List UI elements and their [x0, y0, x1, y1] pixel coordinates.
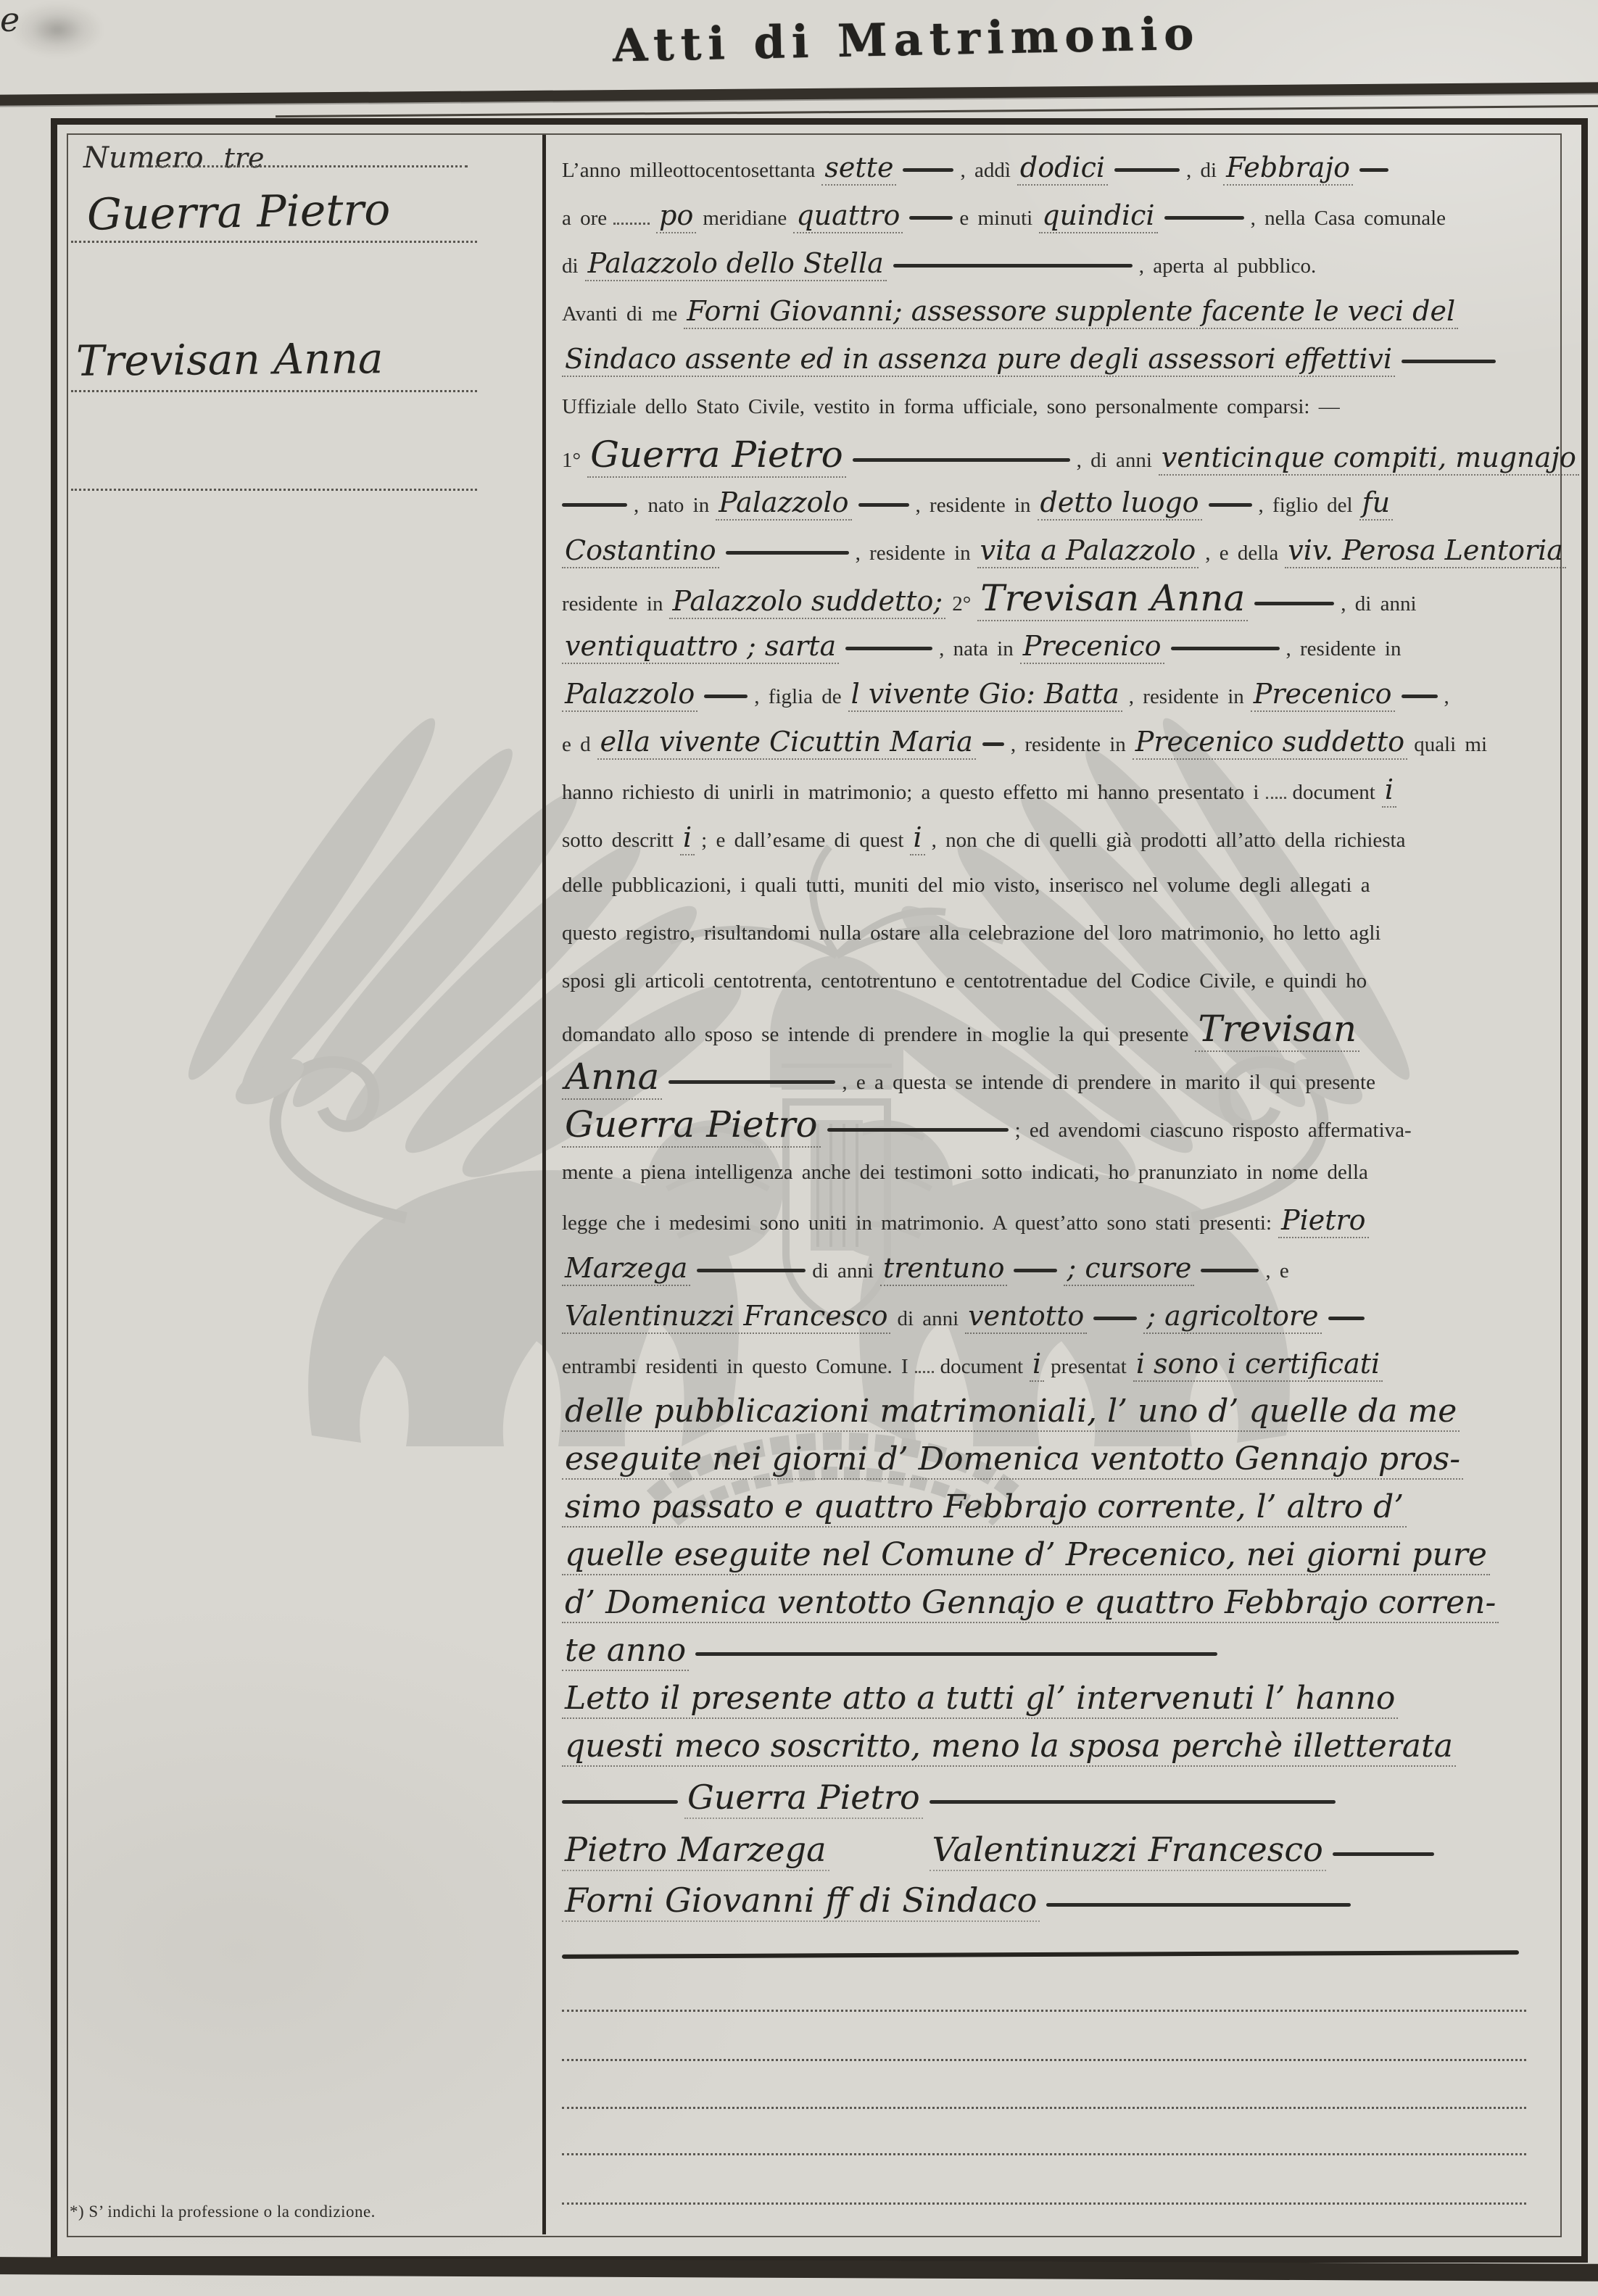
form-line-3: diPalazzolo dello Stella, aperta al pubb… [562, 244, 1322, 289]
ink-dash [1209, 503, 1252, 507]
ink-dash [1014, 1269, 1057, 1272]
handwritten-text: po [656, 199, 696, 233]
footnote: *) S’ indichi la professione o la condiz… [70, 2202, 376, 2221]
margin-dotted-line [71, 390, 477, 392]
form-line-31: d’ Domenica ventotto Gennajo e quattro F… [562, 1583, 1505, 1630]
handwritten-text: Pietro [1278, 1204, 1369, 1238]
ink-dash [704, 695, 748, 698]
form-line-30: quelle eseguite nel Comune d’ Precenico,… [562, 1535, 1496, 1582]
handwritten-text: dodici [1017, 152, 1108, 186]
ruled-dotted-line [562, 1981, 1526, 2012]
printed-text: document [1293, 781, 1375, 804]
form-line-11: ventiquattro ; sarta, nata inPrecenico, … [562, 626, 1407, 672]
printed-text: delle pubblicazioni, i quali tutti, muni… [562, 874, 1370, 897]
dotted-blank [613, 211, 650, 225]
printed-text: , non che di quelli già prodotti all’att… [932, 829, 1406, 852]
ink-dash [726, 551, 849, 555]
handwritten-text: Letto il presente atto a tutti gl’ inter… [562, 1680, 1398, 1719]
handwritten-text: Guerra Pietro [587, 434, 846, 478]
printed-text: , figlia de [754, 685, 841, 708]
form-line-6: Uffiziale dello Stato Civile, vestito in… [562, 387, 1346, 430]
ink-dash [909, 216, 953, 220]
printed-text: , residente in [1011, 733, 1126, 756]
form-line-22: mente a piena intelligenza anche dei tes… [562, 1153, 1375, 1195]
printed-text: quali mi [1414, 733, 1487, 756]
ink-stroke [562, 1950, 1519, 1959]
ink-dash [930, 1800, 1336, 1804]
numero-line: Numerotre [83, 141, 265, 175]
printed-text: legge che i medesimi sono uniti in matri… [562, 1211, 1272, 1235]
handwritten-text: Valentinuzzi Francesco [930, 1830, 1326, 1871]
form-line-8: , nato inPalazzolo, residente indetto lu… [562, 483, 1399, 529]
printed-text: , addì [960, 159, 1010, 182]
form-line-23: legge che i medesimi sono uniti in matri… [562, 1201, 1375, 1246]
form-line-29: simo passato e quattro Febbrajo corrente… [562, 1488, 1413, 1534]
groom-name: Guerra Pietro [86, 184, 390, 240]
printed-text: e d [562, 733, 591, 756]
form-line-26: entrambi residenti in questo Comune. Ido… [562, 1344, 1389, 1390]
handwritten-text: d’ Domenica ventotto Gennajo e quattro F… [562, 1584, 1499, 1623]
ink-dash [697, 1269, 806, 1272]
handwritten-text: delle pubblicazioni matrimoniali, l’ uno… [562, 1393, 1460, 1432]
form-line-12: Palazzolo, figlia del vivente Gio: Batta… [562, 674, 1456, 720]
printed-text: sotto descritt [562, 829, 674, 852]
printed-text: , aperta al pubblico. [1139, 254, 1317, 278]
handwritten-text: ; cursore [1064, 1252, 1194, 1286]
ink-dash [1171, 647, 1280, 650]
handwritten-text: i [910, 821, 924, 855]
column-divider [542, 135, 546, 2234]
printed-text: presentat [1051, 1355, 1127, 1378]
printed-text: domandato allo sposo se intende di prend… [562, 1023, 1188, 1046]
handwritten-text: Guerra Pietro [684, 1778, 923, 1819]
ink-dash [827, 1128, 1009, 1132]
form-line-9: Costantino, residente invita a Palazzolo… [562, 531, 1573, 576]
spacer [836, 1860, 923, 1861]
printed-text: di [562, 254, 579, 278]
form-line-17: questo registro, risultandomi nulla osta… [562, 913, 1387, 956]
printed-text: Avanti di me [562, 302, 677, 326]
handwritten-text: Precenico [1020, 630, 1164, 664]
printed-text: , di [1186, 159, 1217, 182]
printed-text: , nata in [939, 637, 1014, 660]
handwritten-text: i sono i certificati [1133, 1348, 1383, 1382]
ink-dash [1359, 168, 1388, 172]
handwritten-text: quelle eseguite nel Comune d’ Precenico,… [562, 1536, 1490, 1575]
handwritten-text: Palazzolo dello Stella [585, 247, 887, 281]
ink-dash [858, 503, 909, 507]
printed-text: L’anno milleottocentosettanta [562, 159, 815, 182]
handwritten-text: detto luogo [1038, 486, 1202, 521]
handwritten-text: Trevisan [1195, 1008, 1359, 1052]
handwritten-text: quindici [1039, 199, 1157, 233]
form-line-20: Anna, e a questa se intende di prendere … [562, 1057, 1382, 1106]
printed-text: , residente in [1129, 685, 1244, 708]
ink-dash [982, 742, 1004, 746]
form-line-15: sotto descritti; e dall’esame di questi,… [562, 818, 1412, 863]
ink-dash [1333, 1852, 1434, 1856]
handwritten-text: te anno [562, 1632, 689, 1671]
handwritten-text: Forni Giovanni; assessore supplente face… [684, 295, 1458, 329]
handwritten-text: Costantino [562, 534, 719, 568]
handwritten-text: ; agricoltore [1143, 1300, 1321, 1334]
corner-stamp-smudge [10, 1, 104, 58]
printed-text: a ore [562, 207, 607, 230]
form-line-19: domandato allo sposo se intende di prend… [562, 1009, 1366, 1058]
dotted-blank [915, 1359, 934, 1373]
handwritten-text: Precenico [1251, 678, 1395, 712]
handwritten-text: trentuno [880, 1252, 1008, 1286]
form-line-25: Valentinuzzi Francescodi anniventotto; a… [562, 1296, 1371, 1342]
handwritten-text: Precenico suddetto [1133, 726, 1407, 760]
handwritten-text: Forni Giovanni ff di Sindaco [562, 1881, 1040, 1922]
ink-dash [1093, 1317, 1137, 1320]
form-line-42 [562, 2124, 1533, 2172]
form-line-24: Marzegadi annitrentuno; cursore, e [562, 1248, 1296, 1294]
printed-text: entrambi residenti in questo Comune. I [562, 1355, 908, 1378]
printed-text: , [1444, 685, 1449, 708]
printed-text: document [940, 1355, 1023, 1378]
form-line-4: Avanti di meForni Giovanni; assessore su… [562, 291, 1465, 337]
margin-dotted-line [141, 165, 468, 167]
ink-dash [845, 647, 932, 650]
form-line-37: Forni Giovanni ff di Sindaco [562, 1881, 1357, 1928]
handwritten-text: simo passato e quattro Febbrajo corrente… [562, 1488, 1407, 1528]
printed-text: sposi gli articoli centotrenta, centotre… [562, 969, 1367, 992]
form-line-14: hanno richiesto di unirli in matrimonio;… [562, 770, 1403, 816]
form-line-18: sposi gli articoli centotrenta, centotre… [562, 961, 1373, 1004]
printed-text: , di anni [1077, 449, 1152, 472]
form-line-10: residente inPalazzolo suddetto;2°Trevisa… [562, 579, 1423, 627]
ink-dash [1254, 602, 1334, 605]
printed-text: di anni [897, 1307, 959, 1330]
bride-name: Trevisan Anna [76, 333, 384, 386]
form-line-38 [562, 1934, 1525, 1973]
form-line-35: Guerra Pietro [562, 1778, 1342, 1825]
ink-dash [1328, 1317, 1365, 1320]
ink-dash [903, 168, 953, 172]
ink-dash [1402, 695, 1438, 698]
ink-dash [1164, 216, 1244, 220]
handwritten-text: Pietro Marzega [562, 1830, 829, 1871]
handwritten-text: Palazzolo [562, 678, 697, 712]
form-line-28: eseguite nei giorni d’ Domenica ventotto… [562, 1440, 1470, 1486]
ink-dash [1114, 168, 1180, 172]
handwritten-text: Marzega [562, 1252, 690, 1286]
handwritten-text: Valentinuzzi Francesco [562, 1300, 890, 1334]
handwritten-text: Palazzolo suddetto; [669, 585, 945, 619]
handwritten-text: vita a Palazzolo [977, 534, 1199, 568]
ink-dash [1046, 1903, 1351, 1907]
ink-dash [562, 1800, 678, 1804]
margin-dotted-line [71, 241, 477, 243]
printed-text: , e [1265, 1259, 1288, 1282]
ink-dash [668, 1080, 835, 1084]
printed-text: , figlio del [1259, 494, 1353, 517]
form-line-33: Letto il presente atto a tutti gl’ inter… [562, 1679, 1404, 1725]
ink-dash [853, 458, 1070, 462]
margin-dotted-line [71, 489, 477, 491]
printed-text: ; e dall’esame di quest [701, 829, 903, 852]
handwritten-text: sette [821, 152, 896, 186]
handwritten-text: quattro [793, 199, 903, 233]
handwritten-text: ella vivente Cicuttin Maria [597, 726, 976, 760]
handwritten-text: i [680, 821, 695, 855]
ruled-dotted-line [562, 2124, 1526, 2155]
form-line-41 [562, 2078, 1533, 2126]
form-line-21: Guerra Pietro; ed avendomi ciascuno risp… [562, 1105, 1418, 1153]
scanned-marriage-record-page: { "title": "Atti di Matrimonio", "margin… [0, 0, 1598, 2296]
printed-text: , e della [1205, 542, 1278, 565]
ink-dash [893, 264, 1133, 268]
ruled-dotted-line [562, 2173, 1526, 2205]
handwritten-text: Trevisan Anna [977, 577, 1248, 621]
ruled-dotted-line [562, 2078, 1526, 2109]
form-line-13: e della vivente Cicuttin Maria, resident… [562, 722, 1494, 768]
handwritten-text: questi meco soscritto, meno la sposa per… [562, 1728, 1456, 1767]
handwritten-text: viv. Perosa Lentoria [1285, 534, 1566, 568]
handwritten-text: i [1030, 1348, 1044, 1382]
form-line-27: delle pubblicazioni matrimoniali, l’ uno… [562, 1392, 1466, 1438]
handwritten-text: i [1382, 774, 1396, 808]
ink-dash [695, 1652, 1217, 1656]
printed-text: meridiane [703, 207, 787, 230]
printed-text: , residente in [1286, 637, 1402, 660]
printed-text: questo registro, risultandomi nulla osta… [562, 921, 1380, 945]
printed-text: e minuti [959, 207, 1032, 230]
form-line-5: Sindaco assente ed in assenza pure degli… [562, 339, 1502, 385]
printed-text: mente a piena intelligenza anche dei tes… [562, 1161, 1368, 1184]
printed-text: , nella Casa comunale [1251, 207, 1446, 230]
printed-text: 2° [952, 592, 971, 616]
printed-text: hanno richiesto di unirli in matrimonio;… [562, 781, 1259, 804]
printed-text: 1° [562, 449, 581, 472]
form-line-7: 1°Guerra Pietro, di anniventicinque comp… [562, 435, 1586, 484]
handwritten-text: eseguite nei giorni d’ Domenica ventotto… [562, 1441, 1463, 1480]
ruled-dotted-line [562, 2030, 1526, 2061]
printed-text: residente in [562, 592, 663, 616]
form-line-2: a orepomeridianequattroe minutiquindici,… [562, 196, 1452, 241]
ink-dash [562, 503, 627, 507]
handwritten-text: fu [1359, 486, 1394, 521]
numero-value: tre [224, 142, 265, 174]
handwritten-text: ventotto [965, 1300, 1087, 1334]
form-line-36: Pietro MarzegaValentinuzzi Francesco [562, 1830, 1441, 1878]
form-line-34: questi meco soscritto, meno la sposa per… [562, 1727, 1462, 1773]
printed-text: , nato in [634, 494, 709, 517]
numero-label: Numero [83, 141, 204, 175]
form-line-43 [562, 2173, 1533, 2221]
handwritten-text: Guerra Pietro [562, 1103, 821, 1148]
printed-text: , residente in [856, 542, 971, 565]
printed-text: di anni [812, 1259, 874, 1282]
handwritten-text: Anna [562, 1056, 662, 1100]
handwritten-text: l vivente Gio: Batta [848, 678, 1122, 712]
handwritten-text: ventiquattro ; sarta [562, 630, 839, 664]
printed-text: , di anni [1341, 592, 1416, 616]
form-line-40 [562, 2030, 1533, 2078]
dotted-blank [1266, 785, 1286, 799]
printed-text: , e a questa se intende di prendere in m… [842, 1071, 1375, 1094]
form-line-1: L’anno milleottocentosettantasette, addì… [562, 148, 1395, 194]
printed-text: Uffiziale dello Stato Civile, vestito in… [562, 395, 1340, 418]
printed-text: , residente in [916, 494, 1031, 517]
handwritten-text: Febbrajo [1223, 152, 1353, 186]
handwritten-text: venticinque compiti, mugnajo [1159, 442, 1579, 476]
form-line-32: te anno [562, 1631, 1224, 1678]
printed-text: ; ed avendomi ciascuno risposto affermat… [1015, 1119, 1412, 1142]
form-line-16: delle pubblicazioni, i quali tutti, muni… [562, 866, 1377, 908]
form-line-39 [562, 1981, 1533, 2028]
ink-dash [1201, 1269, 1259, 1272]
handwritten-text: Sindaco assente ed in assenza pure degli… [562, 343, 1395, 377]
ink-dash [1402, 360, 1496, 363]
handwritten-text: Palazzolo [716, 486, 851, 521]
